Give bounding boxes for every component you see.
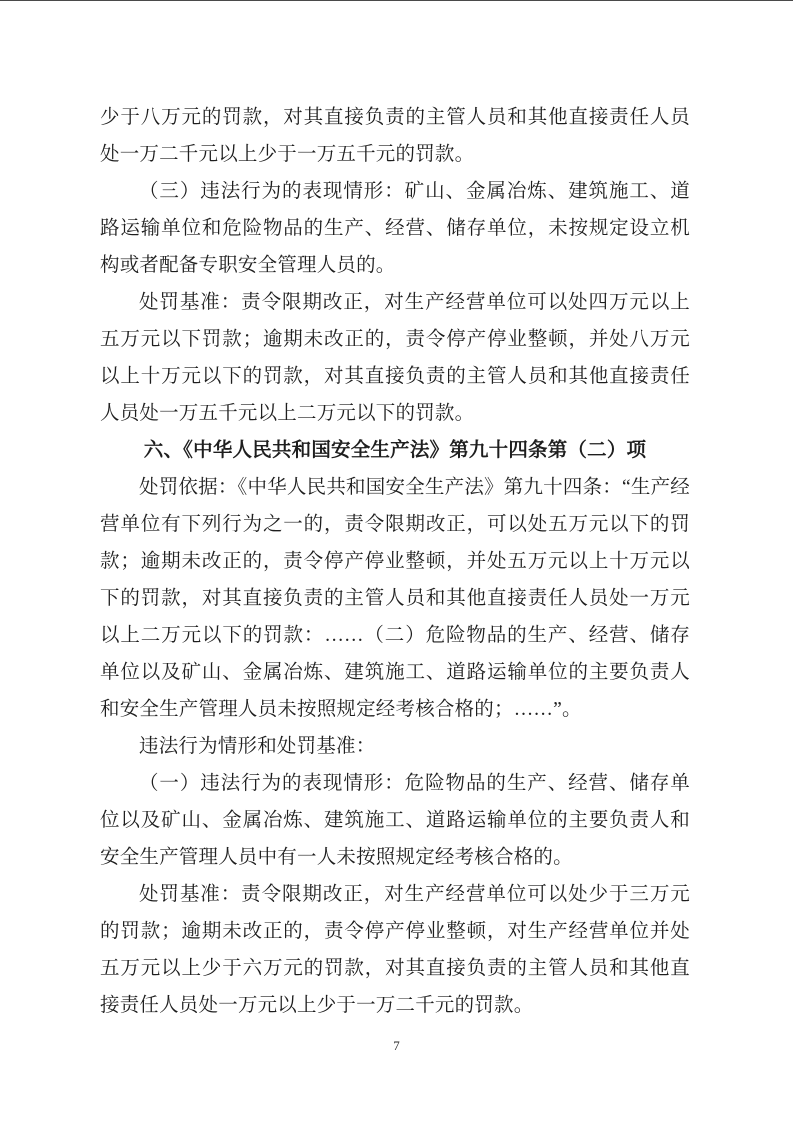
paragraph-subheading: 违法行为情形和处罚基准： (100, 728, 690, 765)
paragraph-continuation: 少于八万元的罚款，对其直接负责的主管人员和其他直接责任人员处一万二千元以上少于一… (100, 99, 690, 173)
section-heading: 六、《中华人民共和国安全生产法》第九十四条第（二）项 (100, 432, 690, 469)
document-body: 少于八万元的罚款，对其直接负责的主管人员和其他直接责任人员处一万二千元以上少于一… (100, 99, 690, 1024)
paragraph-penalty-basis: 处罚依据：《中华人民共和国安全生产法》第九十四条：“生产经营单位有下列行为之一的… (100, 469, 690, 728)
document-page: 少于八万元的罚款，对其直接负责的主管人员和其他直接责任人员处一万二千元以上少于一… (0, 0, 793, 1122)
paragraph-penalty-standard-2: 处罚基准：责令限期改正，对生产经营单位可以处少于三万元的罚款；逾期未改正的，责令… (100, 876, 690, 1024)
paragraph-violation-1: （一）违法行为的表现情形：危险物品的生产、经营、储存单位以及矿山、金属冶炼、建筑… (100, 765, 690, 876)
paragraph-violation-3: （三）违法行为的表现情形：矿山、金属冶炼、建筑施工、道路运输单位和危险物品的生产… (100, 173, 690, 284)
paragraph-penalty-standard: 处罚基准：责令限期改正，对生产经营单位可以处四万元以上五万元以下罚款；逾期未改正… (100, 284, 690, 432)
scan-edge-line (0, 0, 793, 1)
page-number: 7 (0, 1037, 793, 1055)
